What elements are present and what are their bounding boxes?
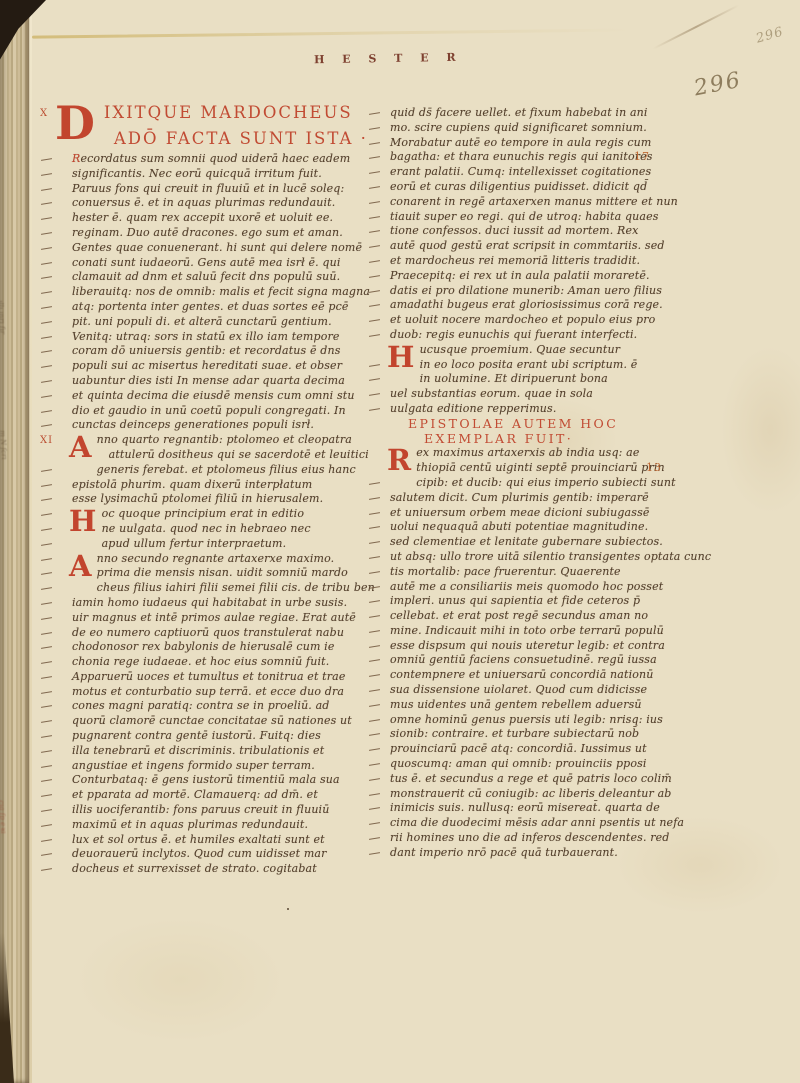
line-text: chonia rege iudaeae. et hoc eius somniū … — [72, 655, 329, 668]
line-text: hester ē. quam rex accepit uxorē et uolu… — [72, 211, 333, 224]
line-text: salutem dicit. Cum plurimis gentib: impe… — [390, 491, 649, 504]
line-text: motus et conturbatio sup terrā. et ecce … — [72, 685, 344, 698]
text-line: prouinciarū pacē atq: concordiā. Iussimu… — [390, 742, 698, 757]
line-text: datis ei pro dilatione munerib: Aman uer… — [390, 284, 662, 297]
line-text: Paruus fons qui creuit in fluuiū et in l… — [72, 182, 344, 195]
text-line: 17bagatha: et thara eunuchis regis qui i… — [390, 150, 698, 165]
line-text: apud ullum fertur interpraetum. — [102, 537, 287, 550]
text-line: Hoc quoque principium erat in editio — [72, 507, 380, 522]
text-line: sionib: contraire. et turbare subiectarū… — [390, 727, 698, 742]
line-text: conuersus ē. et in aquas plurimas redund… — [72, 196, 335, 209]
text-line: inimicis suis. nullusq: eorū misereat̄. … — [390, 801, 698, 816]
line-text: cipib: et ducib: qui eius imperio subiec… — [416, 476, 675, 489]
text-line: cellebat. et erat post regē secundus ama… — [390, 609, 698, 624]
line-text: nno quarto regnantib: ptolomeo et cleopa… — [97, 433, 352, 446]
line-text: duob: regis eunuchis qui fuerant interfe… — [390, 328, 637, 341]
line-text: dio et gaudio in unū coetū populi congre… — [72, 404, 346, 417]
text-line: angustiae et ingens formido super terram… — [72, 759, 380, 774]
text-line: esse dispsum qui nouis uteretur legib: e… — [390, 639, 698, 654]
rubric-line: EXEMPLAR FUIT· — [390, 432, 698, 447]
text-line: lux et sol ortus ē. et humiles exaltati … — [72, 833, 380, 848]
text-line: uel substantias eorum. quae in sola — [390, 387, 698, 402]
text-line: coram dō uniuersis gentib: et recordatus… — [72, 344, 380, 359]
margin-number: XI — [40, 434, 53, 449]
text-line: impleri. unus qui sapientia et fide cete… — [390, 594, 698, 609]
text-line: Gentes quae conuenerant. hi sunt qui del… — [72, 241, 380, 256]
text-line: rii homines uno die ad inferos descenden… — [390, 831, 698, 846]
text-line: quoscumq: aman qui omnib: prouinciis ppo… — [390, 757, 698, 772]
text-line: uolui nequaquā abuti potentiae magnitudi… — [390, 520, 698, 535]
text-line: apud ullum fertur interpraetum. — [72, 537, 380, 552]
line-text: mo. scire cupiens quid significaret somn… — [390, 121, 647, 134]
text-line: prima die mensis nisan. uidit somniū mar… — [72, 566, 380, 581]
page-edge-highlight — [29, 0, 32, 1083]
text-line: cima die duodecimi mēsis adar anni psent… — [390, 816, 698, 831]
text-column-left: XDIXITQUE MARDOCHEUSADŌ FACTA SUNT ISTA … — [72, 100, 380, 877]
line-text: contempnere et uniuersarū concordiā nati… — [390, 668, 653, 681]
text-line: dant imperio nrō pacē quā turbauerant. — [390, 846, 698, 861]
text-line: esse lysimachū ptolomei filiū in hierusa… — [72, 492, 380, 507]
line-text: omne hominū genus puersis uti legib: nri… — [390, 713, 663, 726]
line-text: significantis. Nec eorū quicquā irritum … — [72, 167, 322, 180]
text-line: eorū et curas diligentius puidisset. did… — [390, 180, 698, 195]
line-text: prouinciarū pacē atq: concordiā. Iussimu… — [390, 742, 647, 755]
text-line: chodonosor rex babylonis de hierusalē cu… — [72, 640, 380, 655]
text-line: cunctas deinceps generationes populi isr… — [72, 418, 380, 433]
text-line: et uoluit nocere mardocheo et populo eiu… — [390, 313, 698, 328]
text-line: Morabatur autē eo tempore in aula regis … — [390, 136, 698, 151]
text-line: deuorauerū inclytos. Quod cum uidisset m… — [72, 847, 380, 862]
line-text: sed clementiae et lenitate gubernare sub… — [390, 535, 663, 548]
rubric-line: XDIXITQUE MARDOCHEUS — [72, 100, 380, 126]
text-line: tus ē. et secundus a rege et quē patris … — [390, 772, 698, 787]
ink-dot — [287, 908, 289, 910]
text-line: reginam. Duo autē dracones. ego sum et a… — [72, 226, 380, 241]
line-text: erant palatii. Cumq: intellexisset cogit… — [390, 165, 651, 178]
line-text: populi sui ac misertus hereditati suae. … — [72, 359, 342, 372]
text-line: mine. Indicauit mihi in toto orbe terrar… — [390, 624, 698, 639]
text-line: salutem dicit. Cum plurimis gentib: impe… — [390, 491, 698, 506]
line-text: IXITQUE MARDOCHEUS — [104, 103, 353, 122]
line-text: mus uidentes unā gentem rebellem aduersū — [390, 698, 642, 711]
text-line: liberauitq: nos de omnib: malis et fecit… — [72, 285, 380, 300]
text-line: uulgata editione repperimus. — [390, 402, 698, 417]
text-line: et pparata ad mortē. Clamauerq: ad dm̄. … — [72, 788, 380, 803]
text-line: tione confessos. duci iussit ad mortem. … — [390, 224, 698, 239]
text-line: duob: regis eunuchis qui fuerant interfe… — [390, 328, 698, 343]
text-line: cipib: et ducib: qui eius imperio subiec… — [390, 476, 698, 491]
rubric-line: EPISTOLAE AUTEM HOC — [390, 417, 698, 432]
text-line: Apparuerū uoces et tumultus et tonitrua … — [72, 670, 380, 685]
line-text: uabuntur dies isti In mense adar quarta … — [72, 374, 345, 387]
line-text: pit. uni populi di. et alterā cunctarū g… — [72, 315, 332, 328]
line-text: cima die duodecimi mēsis adar anni psent… — [390, 816, 684, 829]
line-text: tis mortalib: pace fruerentur. Quaerente — [390, 565, 621, 578]
text-line: tis mortalib: pace fruerentur. Quaerente — [390, 565, 698, 580]
text-line: clamauit ad dnm et saluū fecit dns popul… — [72, 270, 380, 285]
margin-number: X — [40, 101, 48, 127]
text-line: pugnarent contra gentē iustorū. Fuitq: d… — [72, 729, 380, 744]
line-text: eorū et curas diligentius puidisset. did… — [390, 180, 647, 193]
line-text: uolui nequaquā abuti potentiae magnitudi… — [390, 520, 648, 533]
text-line: XIAnno quarto regnantib: ptolomeo et cle… — [72, 433, 380, 448]
text-line: illa tenebrarū et discriminis. tribulati… — [72, 744, 380, 759]
line-text: quoscumq: aman qui omnib: prouinciis ppo… — [390, 757, 647, 770]
line-text: pugnarent contra gentē iustorū. Fuitq: d… — [72, 729, 321, 742]
line-text: cheus filius iahiri filii semei filii ci… — [97, 581, 375, 594]
line-text: tione confessos. duci iussit ad mortem. … — [390, 224, 639, 237]
line-text: Praecepitq: ei rex ut in aula palatii mo… — [390, 269, 650, 282]
line-text: docheus et surrexisset de strato. cogita… — [72, 862, 317, 875]
text-line: conati sunt iudaeorū. Gens autē mea isrł… — [72, 256, 380, 271]
text-line: tiauit super eo regi. qui de utroq: habi… — [390, 210, 698, 225]
line-text: ADŌ FACTA SUNT ISTA · — [104, 129, 368, 148]
text-line: in eo loco posita erant ubi scriptum. ē — [390, 358, 698, 373]
text-line: hester ē. quam rex accepit uxorē et uolu… — [72, 211, 380, 226]
line-text: autē me a consiliariis meis quomodo hoc … — [390, 580, 663, 593]
line-text: Gentes quae conuenerant. hi sunt qui del… — [72, 241, 362, 254]
line-text: monstrauerit cū coniugib: ac liberis del… — [390, 787, 671, 800]
line-text: esse lysimachū ptolomei filiū in hierusa… — [72, 492, 323, 505]
line-text: amadathi bugeus erat gloriosissimus corā… — [390, 298, 663, 311]
text-line: et mardocheus rei memoriā litteris tradi… — [390, 254, 698, 269]
line-text: impleri. unus qui sapientia et fide cete… — [390, 594, 640, 607]
text-line: generis ferebat. et ptolomeus filius eiu… — [72, 463, 380, 478]
line-text: in eo loco posita erant ubi scriptum. ē — [420, 358, 638, 371]
line-text: inimicis suis. nullusq: eorū misereat̄. … — [390, 801, 660, 814]
line-text: mine. Indicauit mihi in toto orbe terrar… — [390, 624, 664, 637]
text-line: Anno secundo regnante artaxerxe maximo. — [72, 552, 380, 567]
line-text: prima die mensis nisan. uidit somniū mar… — [97, 566, 348, 579]
line-text: cones magni paratiq: contra se in proeli… — [72, 699, 330, 712]
text-line: atq: portenta inter gentes. et duas sort… — [72, 300, 380, 315]
line-text: thiopiā centū uiginti septē prouinciarū … — [416, 461, 665, 474]
line-text: ex maximus artaxerxis ab india usq: ae — [416, 446, 639, 459]
line-text: reginam. Duo autē dracones. ego sum et a… — [72, 226, 343, 239]
text-line: cones magni paratiq: contra se in proeli… — [72, 699, 380, 714]
line-text: dant imperio nrō pacē quā turbauerant. — [390, 846, 618, 859]
line-text: clamauit ad dnm et saluū fecit dns popul… — [72, 270, 340, 283]
line-text: et pparata ad mortē. Clamauerq: ad dm̄. … — [72, 788, 318, 801]
text-line: mo. scire cupiens quid significaret somn… — [390, 121, 698, 136]
text-line: chonia rege iudaeae. et hoc eius somniū … — [72, 655, 380, 670]
line-text: ucusque proemium. Quae secuntur — [420, 343, 621, 356]
text-line: Paruus fons qui creuit in fluuiū et in l… — [72, 182, 380, 197]
line-text: cellebat. et erat post regē secundus ama… — [390, 609, 648, 622]
line-text: EXEMPLAR FUIT· — [390, 431, 573, 446]
line-text: quid ds̄ facere uellet. et fixum habebat… — [390, 106, 648, 119]
line-text: nno secundo regnante artaxerxe maximo. — [97, 552, 335, 565]
text-line: Rex maximus artaxerxis ab india usq: ae — [390, 446, 698, 461]
text-line: monstrauerit cū coniugib: ac liberis del… — [390, 787, 698, 802]
text-line: quorū clamorē cunctae concitatae sū nati… — [72, 714, 380, 729]
line-text: epistolā phurim. quam dixerū interpłatum — [72, 478, 312, 491]
text-line: omniū gentiū faciens consuetudinē. regū … — [390, 653, 698, 668]
text-line: de eo numero captiuorū quos transtulerat… — [72, 626, 380, 641]
text-line: pit. uni populi di. et alterā cunctarū g… — [72, 315, 380, 330]
line-text: et uoluit nocere mardocheo et populo eiu… — [390, 313, 655, 326]
text-line: iamin homo iudaeus qui habitabat in urbe… — [72, 596, 380, 611]
line-text: uel substantias eorum. quae in sola — [390, 387, 593, 400]
line-text: attulerū dositheus qui se sacerdotē et l… — [97, 448, 369, 461]
line-text: illis uociferantib: fons paruus creuit i… — [72, 803, 329, 816]
line-text: quorū clamorē cunctae concitatae sū nati… — [72, 714, 352, 727]
text-line: motus et conturbatio sup terrā. et ecce … — [72, 685, 380, 700]
text-line: cheus filius iahiri filii semei filii ci… — [72, 581, 380, 596]
line-text: atq: portenta inter gentes. et duas sort… — [72, 300, 349, 313]
text-line: erant palatii. Cumq: intellexisset cogit… — [390, 165, 698, 180]
line-text: EPISTOLAE AUTEM HOC — [390, 416, 618, 431]
parchment-page: H E S T E R 296 296 XDIXITQUE MARDOCHEUS… — [0, 0, 800, 1083]
line-text: in uolumine. Et diripuerunt bona — [420, 372, 608, 385]
line-text: et mardocheus rei memoriā litteris tradi… — [390, 254, 640, 267]
text-line: sua dissensione uiolaret. Quod cum didic… — [390, 683, 698, 698]
manuscript-photo: H E S T E R 296 296 XDIXITQUE MARDOCHEUS… — [0, 0, 800, 1083]
line-text: deuorauerū inclytos. Quod cum uidisset m… — [72, 847, 327, 860]
line-text: ne uulgata. quod nec in hebraeo nec — [102, 522, 311, 535]
line-text: Venitq: utraq: sors in statū ex illo iam… — [72, 330, 340, 343]
line-text: uulgata editione repperimus. — [390, 402, 556, 415]
text-line: populi sui ac misertus hereditati suae. … — [72, 359, 380, 374]
line-text: coram dō uniuersis gentib: et recordatus… — [72, 344, 341, 357]
rubric-line: ADŌ FACTA SUNT ISTA · — [72, 126, 380, 152]
text-line: et uniuersum orbem meae dicioni subiugas… — [390, 506, 698, 521]
line-text: ut absq: ullo trore uitā silentio transi… — [390, 550, 711, 563]
line-text: lux et sol ortus ē. et humiles exaltati … — [72, 833, 325, 846]
line-text: chodonosor rex babylonis de hierusalē cu… — [72, 640, 335, 653]
text-line: Recordatus sum somnii quod uiderā haec e… — [72, 152, 380, 167]
line-text: tiauit super eo regi. qui de utroq: habi… — [390, 210, 659, 223]
line-text: bagatha: et thara eunuchis regis qui ian… — [390, 150, 653, 163]
text-line: Praecepitq: ei rex ut in aula palatii mo… — [390, 269, 698, 284]
text-line: uabuntur dies isti In mense adar quarta … — [72, 374, 380, 389]
line-text: et quinta decima die eiusdē mensis cum o… — [72, 389, 355, 402]
line-text: liberauitq: nos de omnib: malis et fecit… — [72, 285, 370, 298]
line-text: uir magnus et intē primos aulae regiae. … — [72, 611, 356, 624]
text-line: illis uociferantib: fons paruus creuit i… — [72, 803, 380, 818]
line-text: omniū gentiū faciens consuetudinē. regū … — [390, 653, 657, 666]
line-text: oc quoque principium erat in editio — [102, 507, 305, 520]
text-line: datis ei pro dilatione munerib: Aman uer… — [390, 284, 698, 299]
text-line: in uolumine. Et diripuerunt bona — [390, 372, 698, 387]
text-line: Conturbataq: ē gens iustorū timentiū mal… — [72, 773, 380, 788]
line-text: de eo numero captiuorū quos transtulerat… — [72, 626, 344, 639]
text-line: sed clementiae et lenitate gubernare sub… — [390, 535, 698, 550]
line-text: sionib: contraire. et turbare subiectarū… — [390, 727, 639, 740]
line-text: tus ē. et secundus a rege et quē patris … — [390, 772, 672, 785]
text-column-right: quid ds̄ facere uellet. et fixum habebat… — [390, 106, 698, 861]
line-text: generis ferebat. et ptolomeus filius eiu… — [97, 463, 356, 476]
text-line: maximū et in aquas plurimas redundauit. — [72, 818, 380, 833]
text-line: epistolā phurim. quam dixerū interpłatum — [72, 478, 380, 493]
text-line: significantis. Nec eorū quicquā irritum … — [72, 167, 380, 182]
line-text: Recordatus sum somnii quod uiderā haec e… — [72, 152, 350, 165]
line-text: iamin homo iudaeus qui habitabat in urbe… — [72, 596, 347, 609]
text-line: attulerū dositheus qui se sacerdotē et l… — [72, 448, 380, 463]
text-line: 13thiopiā centū uiginti septē prouinciar… — [390, 461, 698, 476]
line-text: cunctas deinceps generationes populi isr… — [72, 418, 314, 431]
line-text: conati sunt iudaeorū. Gens autē mea isrł… — [72, 256, 341, 269]
line-text: maximū et in aquas plurimas redundauit. — [72, 818, 308, 831]
line-text: conarent in regē artaxerxen manus mitter… — [390, 195, 678, 208]
text-line: autē me a consiliariis meis quomodo hoc … — [390, 580, 698, 595]
line-text: sua dissensione uiolaret. Quod cum didic… — [390, 683, 647, 696]
margin-number: 13 — [646, 461, 662, 476]
text-line: conarent in regē artaxerxen manus mitter… — [390, 195, 698, 210]
text-line: et quinta decima die eiusdē mensis cum o… — [72, 389, 380, 404]
text-line: quid ds̄ facere uellet. et fixum habebat… — [390, 106, 698, 121]
line-text: et uniuersum orbem meae dicioni subiugas… — [390, 506, 650, 519]
text-line: conuersus ē. et in aquas plurimas redund… — [72, 196, 380, 211]
running-title: H E S T E R — [314, 51, 463, 67]
line-text: Conturbataq: ē gens iustorū timentiū mal… — [72, 773, 340, 786]
line-text: illa tenebrarū et discriminis. tribulati… — [72, 744, 324, 757]
line-text: rii homines uno die ad inferos descenden… — [390, 831, 670, 844]
text-line: ne uulgata. quod nec in hebraeo nec — [72, 522, 380, 537]
line-text: angustiae et ingens formido super terram… — [72, 759, 315, 772]
text-line: mus uidentes unā gentem rebellem aduersū — [390, 698, 698, 713]
text-line: ut absq: ullo trore uitā silentio transi… — [390, 550, 698, 565]
text-line: Venitq: utraq: sors in statū ex illo iam… — [72, 330, 380, 345]
line-text: Apparuerū uoces et tumultus et tonitrua … — [72, 670, 346, 683]
text-line: Hucusque proemium. Quae secuntur — [390, 343, 698, 358]
text-line: uir magnus et intē primos aulae regiae. … — [72, 611, 380, 626]
book-page-edges — [0, 0, 30, 1083]
line-text: autē quod gestū erat scripsit in commtar… — [390, 239, 665, 252]
text-line: amadathi bugeus erat gloriosissimus corā… — [390, 298, 698, 313]
text-line: docheus et surrexisset de strato. cogita… — [72, 862, 380, 877]
line-text: Morabatur autē eo tempore in aula regis … — [390, 136, 651, 149]
margin-number: 17 — [634, 150, 650, 165]
line-text: esse dispsum qui nouis uteretur legib: e… — [390, 639, 665, 652]
text-line: contempnere et uniuersarū concordiā nati… — [390, 668, 698, 683]
text-line: autē quod gestū erat scripsit in commtar… — [390, 239, 698, 254]
text-line: omne hominū genus puersis uti legib: nri… — [390, 713, 698, 728]
text-line: dio et gaudio in unū coetū populi congre… — [72, 404, 380, 419]
